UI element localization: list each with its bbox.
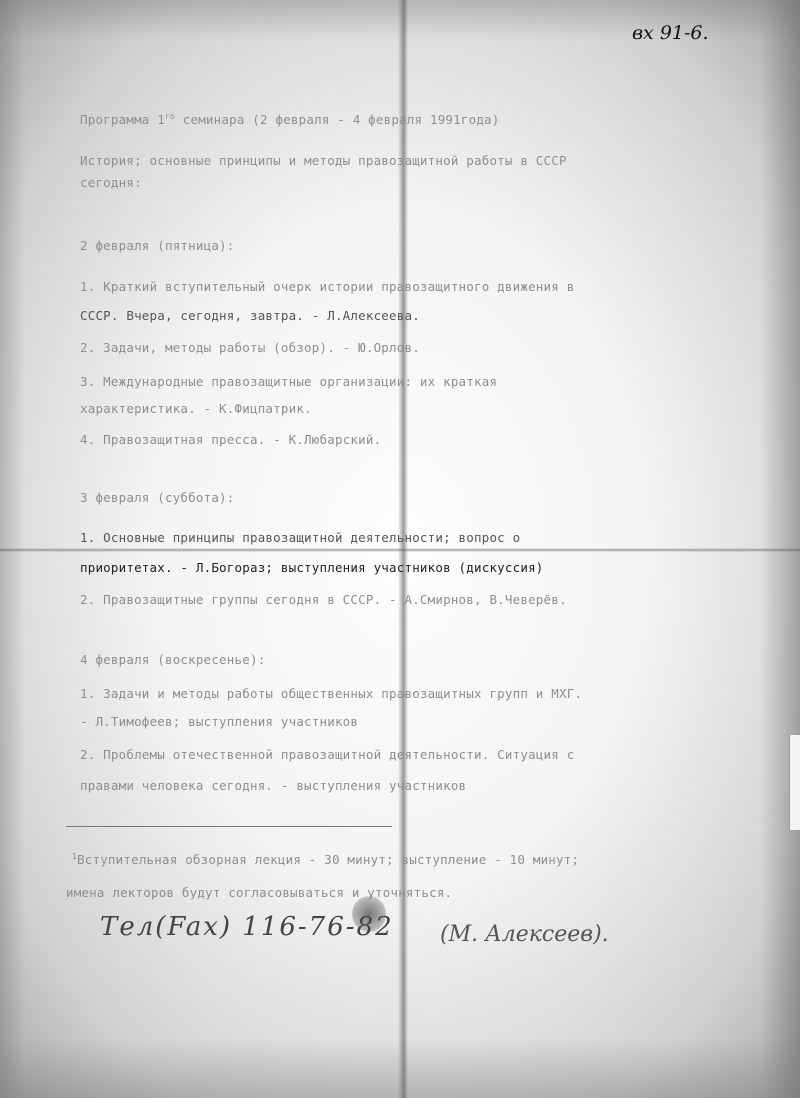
day-3-item-line: 1. Задачи и методы работы общественных п… xyxy=(80,686,582,701)
handwritten-registration-note: вх 91-6. xyxy=(632,22,709,44)
title-prefix: Программа 1 xyxy=(80,112,165,127)
paper-tab-edge xyxy=(789,735,800,830)
program-subtitle-line1: История; основные принципы и методы прав… xyxy=(80,153,567,168)
day-2-item-line: 1. Основные принципы правозащитной деяте… xyxy=(80,530,520,545)
day-3-item-line: 2. Проблемы отечественной правозащитной … xyxy=(80,747,574,762)
day-1-item-line: 3. Международные правозащитные организац… xyxy=(80,374,497,389)
footnote-line1: 1Вступительная обзорная лекция - 30 мину… xyxy=(72,852,579,867)
footnote-separator xyxy=(66,826,392,827)
horizontal-fold-crease xyxy=(0,548,800,552)
day-2-heading: 3 февраля (суббота): xyxy=(80,490,235,505)
day-1-item-line: 2. Задачи, методы работы (обзор). - Ю.Ор… xyxy=(80,340,420,355)
handwritten-signature: (М. Алексеев). xyxy=(440,922,609,947)
day-3-item-line: правами человека сегодня. - выступления … xyxy=(80,778,466,793)
footnote-line2: имена лекторов будут согласовываться и у… xyxy=(66,885,452,900)
day-2-item-line: приоритетах. - Л.Богораз; выступления уч… xyxy=(80,560,544,575)
day-1-item-line: 1. Краткий вступительный очерк истории п… xyxy=(80,279,574,294)
day-1-item-line: СССР. Вчера, сегодня, завтра. - Л.Алексе… xyxy=(80,308,420,323)
day-1-item-line: 4. Правозащитная пресса. - К.Любарский. xyxy=(80,432,381,447)
footnote-text: Вступительная обзорная лекция - 30 минут… xyxy=(77,852,579,867)
day-3-item-line: - Л.Тимофеев; выступления участников xyxy=(80,714,358,729)
title-rest: семинара (2 февраля - 4 февраля 1991года… xyxy=(175,112,499,127)
day-1-item-line: характеристика. - К.Фицпатрик. xyxy=(80,401,312,416)
day-3-heading: 4 февраля (воскресенье): xyxy=(80,652,265,667)
day-2-item-line: 2. Правозащитные группы сегодня в СССР. … xyxy=(80,592,567,607)
program-subtitle-line2: сегодня: xyxy=(80,175,142,190)
handwritten-phone-fax: Тел(Fax) 116-76-82 xyxy=(100,912,394,942)
day-1-heading: 2 февраля (пятница): xyxy=(80,238,235,253)
title-superscript: го xyxy=(165,112,175,121)
program-title: Программа 1го семинара (2 февраля - 4 фе… xyxy=(80,112,500,127)
